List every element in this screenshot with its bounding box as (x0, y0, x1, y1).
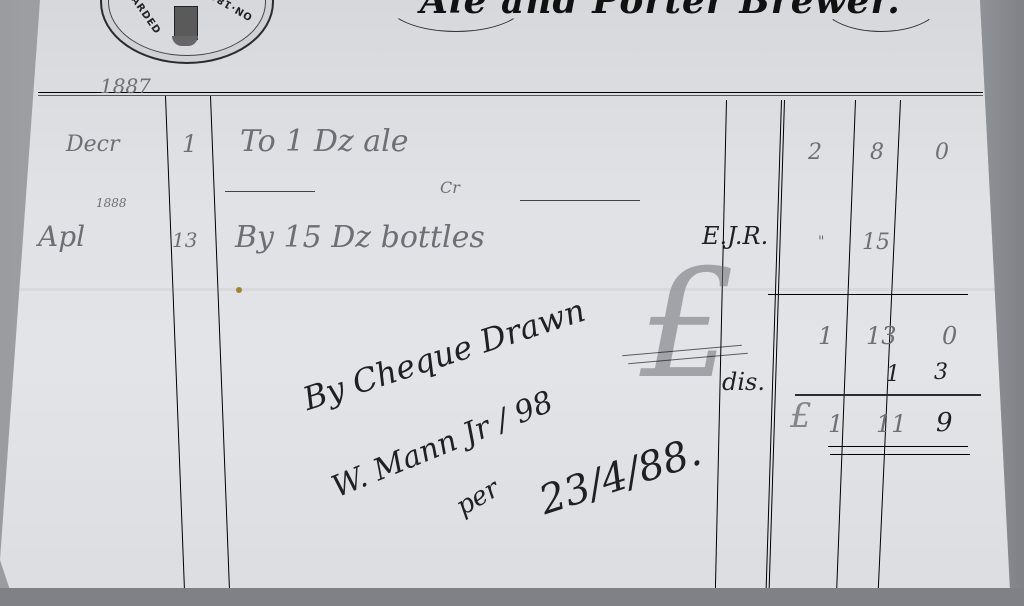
column-rule-shillings (836, 100, 856, 588)
entry-2-particulars: By 15 Dz bottles (235, 220, 485, 255)
subtotal-shillings: 13 (866, 322, 897, 350)
total-pence: 9 (936, 408, 953, 438)
receipt-date: 23/4/88. (534, 429, 707, 524)
column-rule-day (210, 96, 230, 588)
entry-1-month: Decr (66, 132, 120, 157)
year-header: 1887 (100, 74, 151, 98)
entry-1-pounds: 2 (808, 140, 822, 165)
entry-1-shillings: 8 (870, 140, 884, 165)
entry-2-ditto: " (818, 234, 824, 250)
discount-label: dis. (722, 368, 765, 396)
receipt-line-per: per (451, 474, 505, 522)
entry-2-shillings: 15 (862, 230, 890, 255)
total-pounds: 1 (828, 410, 843, 438)
entry-2-year: 1888 (96, 196, 127, 210)
brewer-title: Ale and Porter Brewer. (420, 0, 901, 22)
credit-marker: Cr (440, 178, 460, 197)
total-rule (795, 394, 981, 396)
entry-1-particulars: To 1 Dz ale (240, 124, 409, 159)
paper-stain-dot (236, 287, 242, 293)
subtotal-pounds: 1 (818, 322, 833, 350)
paper-shadow-bottom (0, 588, 1024, 606)
header-rule-grey (38, 95, 983, 96)
award-emblem: AWARDED ON·1865 (100, 0, 270, 60)
entry-1-day: 1 (182, 130, 197, 158)
invoice-paper: AWARDED ON·1865 Ale and Porter Brewer. 1… (0, 0, 1024, 606)
total-shillings: 11 (876, 410, 907, 438)
column-rule-pounds-b (769, 100, 785, 588)
total-double-underline (830, 454, 970, 455)
entry-2-month: Apl (38, 220, 85, 253)
discount-pence: 3 (934, 360, 948, 385)
subtotal-rule (768, 294, 968, 295)
emblem-tab (174, 6, 198, 40)
subtotal-pence: 0 (942, 322, 957, 350)
entry-2-day: 13 (172, 228, 197, 252)
total-currency-symbol: £ (790, 396, 812, 436)
column-rule-date (165, 96, 185, 588)
credit-divider-right (520, 200, 640, 201)
header-rule-red (38, 92, 983, 93)
column-rule-pounds-a (766, 100, 782, 588)
entry-1-pence: 0 (935, 140, 949, 165)
credit-divider-left (225, 191, 315, 192)
total-double-underline (828, 446, 968, 447)
discount-shillings: 1 (886, 362, 900, 387)
receipt-line-drawer: W. Mann Jr / 98 (327, 384, 558, 505)
